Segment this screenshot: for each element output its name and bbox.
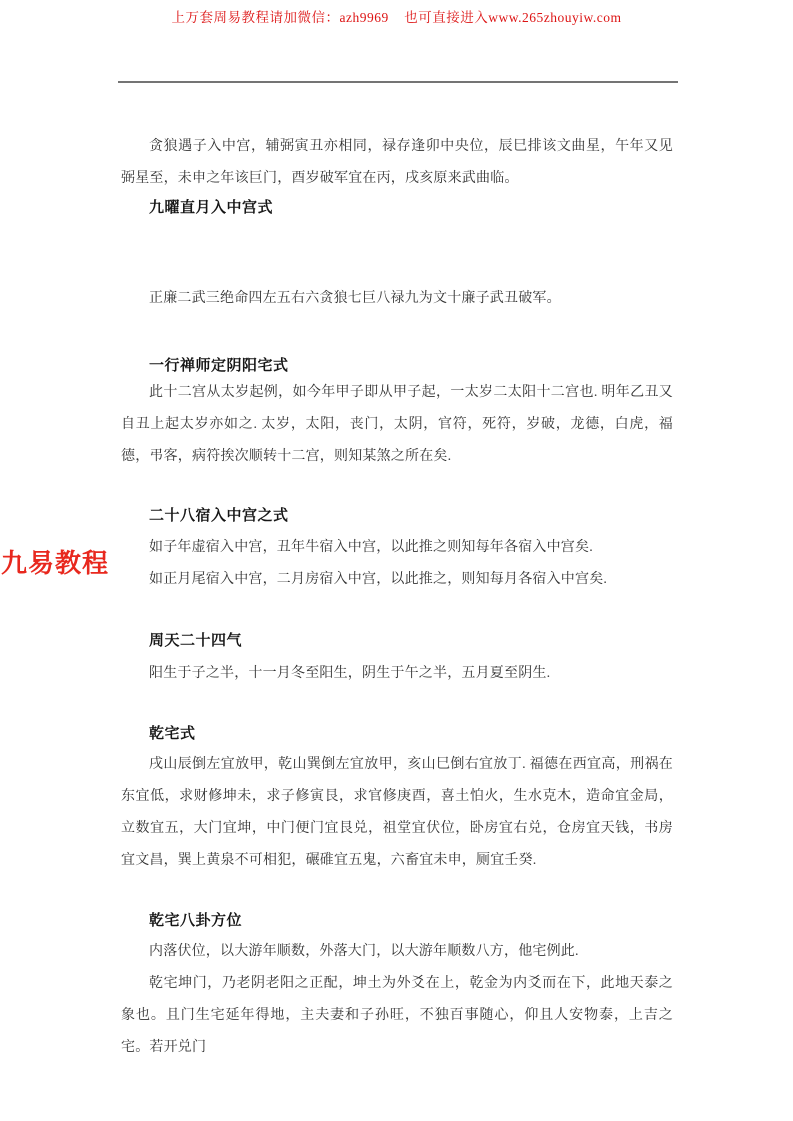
paragraph: 内落伏位，以大游年顺数，外落大门，以大游年顺数八方，他宅例此.	[121, 936, 673, 968]
header-notice: 上万套周易教程请加微信：azh9969 也可直接进入www.265zhouyiw…	[0, 6, 793, 26]
paragraph: 如子年虚宿入中宫，丑年牛宿入中宫，以此推之则知每年各宿入中宫矣.	[121, 532, 673, 564]
intro-paragraph: 贪狼遇子入中宫，辅弼寅丑亦相同，禄存逢卯中央位，辰巳排该文曲星，午年又见弼星至，…	[121, 131, 673, 195]
section-heading-qianzhai-shi: 乾宅式	[149, 725, 672, 743]
section-heading-ershibaxiu: 二十八宿入中宫之式	[149, 507, 672, 525]
section-heading-yixing-chanshi: 一行禅师定阴阳宅式	[149, 357, 672, 375]
section-heading-qianzhai-bagua: 乾宅八卦方位	[149, 912, 672, 930]
header-divider	[118, 81, 678, 83]
document-page: 上万套周易教程请加微信：azh9969 也可直接进入www.265zhouyiw…	[0, 0, 793, 1121]
section-heading-jiuyao-zhiyue: 九曜直月入中宫式	[149, 199, 672, 217]
paragraph: 如正月尾宿入中宫，二月房宿入中宫，以此推之，则知每月各宿入中宫矣.	[121, 564, 673, 596]
watermark-jiuyi-jiaocheng: 九易教程	[1, 543, 109, 580]
section-heading-zhoutian: 周天二十四气	[149, 632, 672, 650]
paragraph: 乾宅坤门，乃老阴老阳之正配，坤土为外爻在上，乾金为内爻而在下，此地天泰之象也。且…	[121, 968, 673, 1064]
paragraph: 戌山辰倒左宜放甲，乾山巽倒左宜放甲，亥山巳倒右宜放丁. 福德在西宜高，刑祸在东宜…	[121, 749, 673, 877]
paragraph: 阳生于子之半，十一月冬至阳生，阴生于午之半，五月夏至阴生.	[121, 658, 673, 690]
paragraph: 此十二宫从太岁起例，如今年甲子即从甲子起，一太岁二太阳十二宫也. 明年乙丑又自丑…	[121, 377, 673, 473]
paragraph: 正廉二武三绝命四左五右六贪狼七巨八禄九为文十廉子武丑破军。	[121, 283, 673, 315]
